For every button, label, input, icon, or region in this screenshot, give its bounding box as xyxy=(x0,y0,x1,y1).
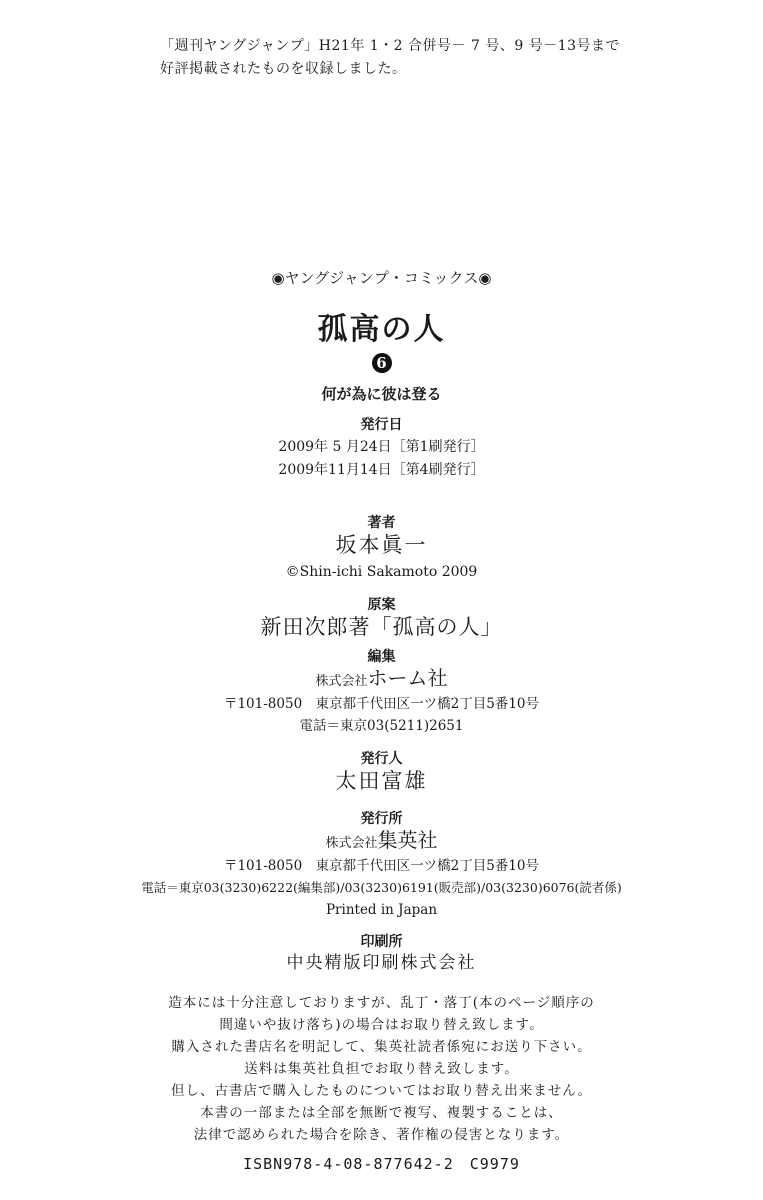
publisher-address: 〒101-8050 東京都千代田区一ツ橋2丁目5番10号 xyxy=(0,860,763,874)
publisher-company-prefix: 株式会社 xyxy=(325,836,377,851)
copyright-notice: ©Shin-ichi Sakamoto 2009 xyxy=(0,565,763,579)
publication-date-first: 2009年 5 月24日［第1刷発行］ xyxy=(0,440,763,454)
publisher-label: 発行所 xyxy=(0,812,763,826)
notice-line-4: 送料は集英社負担でお取り替え致します。 xyxy=(0,1063,763,1077)
notice-line-5: 但し、古書店で購入したものについてはお取り替え出来ません。 xyxy=(0,1085,763,1099)
notice-line-3: 購入された書店名を明記して、集英社読者係宛にお送り下さい。 xyxy=(0,1041,763,1055)
author-label: 著者 xyxy=(0,516,763,530)
publication-date-fourth: 2009年11月14日［第4刷発行］ xyxy=(0,463,763,477)
notice-line-2: 間違いや抜け落ち)の場合はお取り替え致します。 xyxy=(0,1019,763,1033)
notice-line-6: 本書の一部または全部を無断で複写、複製することは、 xyxy=(0,1107,763,1121)
serialization-note-line-1: 「週刊ヤングジャンプ」H21年 1・2 合併号－ 7 号、9 号－13号まで xyxy=(160,39,620,53)
original-work-label: 原案 xyxy=(0,598,763,612)
notice-line-7: 法律で認められた場合を除き、著作権の侵害となります。 xyxy=(0,1129,763,1143)
printer-name: 中央精版印刷株式会社 xyxy=(0,955,763,972)
editing-address: 〒101-8050 東京都千代田区一ツ橋2丁目5番10号 xyxy=(0,698,763,712)
publisher-company-name: 集英社 xyxy=(378,828,438,852)
isbn: ISBN978-4-08-877642-2 C9979 xyxy=(0,1157,763,1172)
book-title: 孤高の人 xyxy=(0,315,763,345)
publisher-person-name: 太田富雄 xyxy=(0,771,763,792)
printed-in-japan: Printed in Japan xyxy=(0,904,763,918)
editing-company-prefix: 株式会社 xyxy=(315,674,367,689)
editing-company: 株式会社ホーム社 xyxy=(0,668,763,688)
publisher-person-label: 発行人 xyxy=(0,752,763,766)
publisher-company: 株式会社集英社 xyxy=(0,830,763,850)
original-work-text: 新田次郎著「孤高の人」 xyxy=(0,617,763,638)
book-subtitle: 何が為に彼は登る xyxy=(0,387,763,402)
volume-badge: 6 xyxy=(372,353,392,373)
editing-phone: 電話＝東京03(5211)2651 xyxy=(0,720,763,734)
publisher-phone: 電話＝東京03(3230)6222(編集部)/03(3230)6191(販売部)… xyxy=(0,882,763,895)
volume-badge-row: 6 xyxy=(0,353,763,373)
serialization-note-line-2: 好評掲載されたものを収録しました。 xyxy=(160,62,407,76)
notice-line-1: 造本には十分注意しておりますが、乱丁・落丁(本のページ順序の xyxy=(0,997,763,1011)
editing-label: 編集 xyxy=(0,650,763,664)
publication-date-label: 発行日 xyxy=(0,418,763,432)
series-label: ◉ヤングジャンプ・コミックス◉ xyxy=(0,271,763,286)
printer-label: 印刷所 xyxy=(0,935,763,949)
author-name: 坂本眞一 xyxy=(0,535,763,556)
editing-company-name: ホーム社 xyxy=(368,666,448,690)
